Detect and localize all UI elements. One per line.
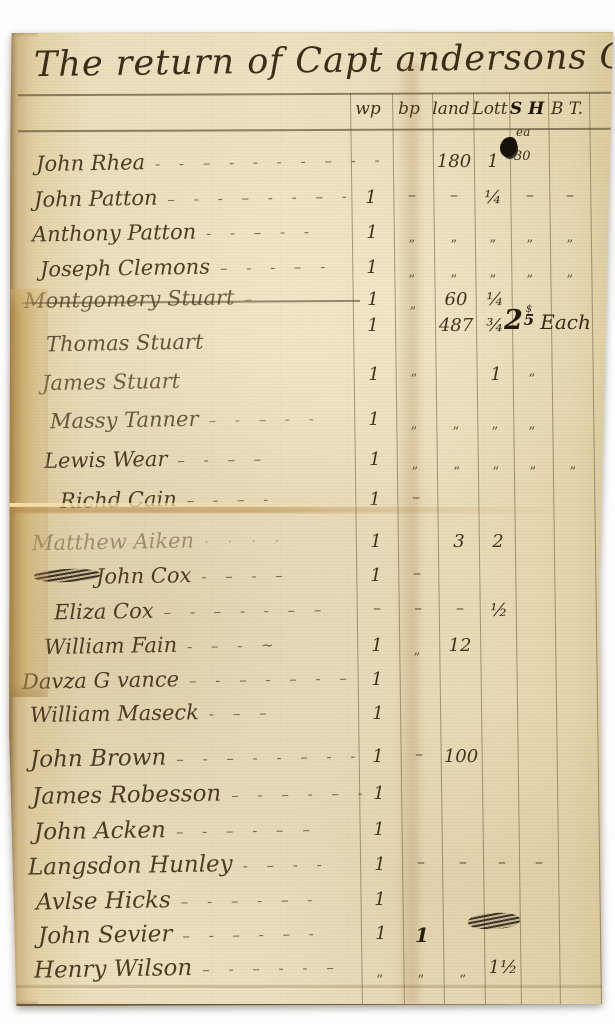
rate-amount: 2 <box>504 305 523 336</box>
column-header-land: land <box>432 99 469 119</box>
cell-wp: 1 <box>370 531 381 552</box>
cell-lott: ½ <box>490 600 507 621</box>
rate-price: 5 <box>524 315 534 325</box>
cell-land: 60 <box>445 289 468 310</box>
person-name: John Cox <box>96 563 192 589</box>
cell-wp: 1 <box>369 449 380 470</box>
person-name: Matthew Aiken <box>32 528 194 555</box>
cell-land: – <box>450 185 458 204</box>
title-text: The return of Capt andersons Com <box>34 36 615 85</box>
row-dashes: – - – - – - <box>182 925 321 945</box>
cell-wp: 1 <box>368 409 379 430</box>
person-name: James Robesson <box>32 781 222 810</box>
table-row: Massy Tanner– - – - -1„„„„ <box>8 407 613 445</box>
row-name: John Patton– - - – - - – - <box>34 182 354 212</box>
cell-land: 100 <box>444 746 478 767</box>
row-dashes: - – – <box>209 704 274 723</box>
cell-lott: „ <box>490 265 499 280</box>
cell-lott: ¼ <box>486 289 503 310</box>
cell-wp: 1 <box>366 222 377 243</box>
person-name: Eliza Cox <box>54 599 154 625</box>
person-name: Avlse Hicks <box>36 887 171 915</box>
cell-wp: – <box>373 598 381 617</box>
row-name: Avlse Hicks– - – - – - <box>36 885 320 916</box>
row-name: John Cox- – - – <box>96 561 290 588</box>
cell-wp: 1 <box>371 635 382 656</box>
cell-lott: 1 <box>490 364 501 385</box>
row-name: Anthony Patton- - – - - <box>32 218 316 247</box>
row-name: Matthew Aiken· · · · <box>32 527 287 555</box>
cell-wp: 1 <box>370 565 381 586</box>
row-name: Davza G vance– - – - – - – <box>22 664 354 694</box>
person-name: William Fain <box>44 633 178 659</box>
person-name: Joseph Clemons <box>40 255 210 282</box>
paper-wrap: The return of Capt andersons Comny wpbpl… <box>0 0 615 1024</box>
cell-sh: „ <box>529 364 538 379</box>
cell-bt: „ <box>567 265 576 280</box>
person-name: John Rhea <box>36 150 145 176</box>
rate-per: Each <box>540 310 591 334</box>
row-dashes: – - – - – - <box>231 784 370 804</box>
person-name: Henry Wilson <box>34 955 193 984</box>
cell-land: – <box>459 852 467 871</box>
row-dashes: – - – - - – – <box>163 601 328 622</box>
table-row: Eliza Cox– - – - - – ––––½ <box>8 598 613 636</box>
vertical-stain <box>396 63 424 1004</box>
person-name: John Acken <box>34 817 166 845</box>
cell-land: 12 <box>449 635 472 656</box>
cell-land: „ <box>451 230 460 245</box>
cell-land: 487 <box>439 315 473 336</box>
column-header-bt: B T. <box>551 99 583 119</box>
tape-stain <box>6 289 48 697</box>
cell-sh: „ <box>527 265 536 280</box>
row-name: Eliza Cox– - – - - – – <box>54 596 329 625</box>
cell-sh: „ <box>529 417 538 432</box>
cell-wp: 1 <box>371 669 382 690</box>
row-name: Langsdon Hunley- – - - <box>28 849 329 880</box>
row-name: Joseph Clemons– - - – - <box>40 252 333 281</box>
cell-land: „ <box>460 965 469 980</box>
row-name: John Acken– - – - – – <box>34 815 317 846</box>
person-name: Montgomery Stuart <box>24 285 235 313</box>
column-header-sh: S H <box>510 99 544 119</box>
column-header-lott: Lott <box>472 99 507 119</box>
cell-sh: – <box>535 852 543 871</box>
cell-lott: 1½ <box>489 957 518 978</box>
table-row: John Brown– - – - - – - -1–100 <box>8 744 613 782</box>
column-header-wp: wp <box>355 99 380 119</box>
row-dashes: – - – - – - <box>181 891 320 911</box>
scan-background: The return of Capt andersons Comny wpbpl… <box>0 0 615 1024</box>
rate-annotation: 2$5Each <box>504 305 591 336</box>
document-title: The return of Capt andersons Comny <box>34 37 615 85</box>
cell-bt: „ <box>567 230 576 245</box>
bottom-crease <box>8 985 613 988</box>
cell-bt: – <box>566 185 574 204</box>
row-dashes: · · · · <box>204 532 287 551</box>
cell-lott: „ <box>492 417 501 432</box>
cell-wp: 1 <box>373 783 384 804</box>
row-dashes: - – - - <box>243 855 329 874</box>
table-row: James Stuart1„1„ <box>8 370 613 408</box>
cell-lott: ¾ <box>486 315 503 336</box>
cell-land: „ <box>454 457 463 472</box>
person-name: Thomas Stuart <box>46 330 204 357</box>
person-name: Anthony Patton <box>32 220 197 247</box>
table-row: James Robesson– - – - – -1 <box>8 781 613 819</box>
row-name: John Sevier– - – - – - <box>38 919 321 950</box>
row-dashes: – - – - - – <box>202 958 341 978</box>
cell-wp: 1 <box>372 703 383 724</box>
blot-text-below: 30 <box>514 149 531 164</box>
cell-bt: „ <box>570 457 579 472</box>
row-dashes: - - – - - <box>206 223 316 243</box>
cell-sh: „ <box>530 457 539 472</box>
person-name: John Patton <box>34 186 158 212</box>
row-dashes: - - – - - - - – - - <box>155 151 387 173</box>
person-name: Massy Tanner <box>50 407 199 434</box>
row-dashes: – - – – <box>177 450 268 470</box>
table-row: Lewis Wear– - – –1„„„„„ <box>8 447 613 485</box>
cell-lott: „ <box>490 230 499 245</box>
cell-wp: 1 <box>374 854 385 875</box>
table-row: Thomas Stuart1487¾ <box>8 331 613 369</box>
cell-wp: 1 <box>372 746 383 767</box>
cell-wp: 1 <box>365 187 376 208</box>
person-name: John Brown <box>30 745 167 773</box>
row-name: Montgomery Stuart– <box>24 285 259 313</box>
cell-wp: 1 <box>373 819 384 840</box>
cell-land: „ <box>451 265 460 280</box>
row-dashes: – - – - - <box>208 410 321 430</box>
person-name: John Sevier <box>38 921 173 949</box>
person-name: James Stuart <box>42 369 180 395</box>
cell-wp: „ <box>377 965 386 980</box>
row-name: William Fain- – - ~ <box>44 631 281 659</box>
cell-lott: – <box>498 852 506 871</box>
cell-land: 3 <box>453 531 464 552</box>
table-row: Davza G vance– - – - – - –1 <box>8 667 613 705</box>
cell-lott: 1 <box>487 151 498 172</box>
cell-lott: „ <box>493 457 502 472</box>
row-name: William Maseck- – – <box>30 699 274 727</box>
cell-land: 180 <box>437 151 471 172</box>
document-scan: The return of Capt andersons Comny wpbpl… <box>8 32 613 1006</box>
ink-blot-annotation: ea 30 <box>500 129 546 173</box>
row-name: John Brown– - – - - – - - <box>30 741 363 773</box>
cell-wp: 1 <box>368 364 379 385</box>
cell-wp: 1 <box>366 257 377 278</box>
cell-sh: – <box>526 185 534 204</box>
row-name: Thomas Stuart <box>46 330 204 357</box>
cell-land: „ <box>453 417 462 432</box>
row-dashes: – - - – - - – - <box>167 187 354 208</box>
row-dashes: – - – - – – <box>176 821 317 841</box>
person-name: William Maseck <box>30 700 199 727</box>
person-name: Lewis Wear <box>44 447 168 473</box>
cell-sh: „ <box>527 230 536 245</box>
fold-crease-shadow <box>8 507 613 513</box>
person-name: Langsdon Hunley <box>28 851 233 881</box>
blot-text-above: ea <box>516 125 530 139</box>
row-name: Lewis Wear– - – – <box>44 445 269 473</box>
row-dashes: – - - – - <box>220 257 333 277</box>
cell-wp: 1 <box>375 923 386 944</box>
row-name: James Robesson– - – - – - <box>32 778 370 810</box>
row-name: John Rhea- - – - - - - – - - <box>36 146 387 176</box>
cell-wp: 1 <box>367 315 378 336</box>
row-dashes: – <box>244 290 259 308</box>
cell-wp: 1 <box>367 289 378 310</box>
row-dashes: – - – - - – - - <box>176 747 363 768</box>
cell-land: – <box>456 598 464 617</box>
table-row: Matthew Aiken· · · ·132 <box>8 529 613 567</box>
row-dashes: - – - – <box>201 566 290 586</box>
cell-lott: 2 <box>492 531 503 552</box>
row-name: Henry Wilson– - – - - – <box>34 952 341 983</box>
cell-lott: ¼ <box>484 187 501 208</box>
row-name: James Stuart <box>42 369 180 395</box>
row-dashes: – - – - – - – <box>189 669 354 690</box>
row-name: Massy Tanner– - – - - <box>50 405 321 434</box>
table-row: William Maseck- – –1 <box>8 701 613 739</box>
row-dashes: - – - ~ <box>187 636 281 656</box>
cell-wp: 1 <box>374 889 385 910</box>
